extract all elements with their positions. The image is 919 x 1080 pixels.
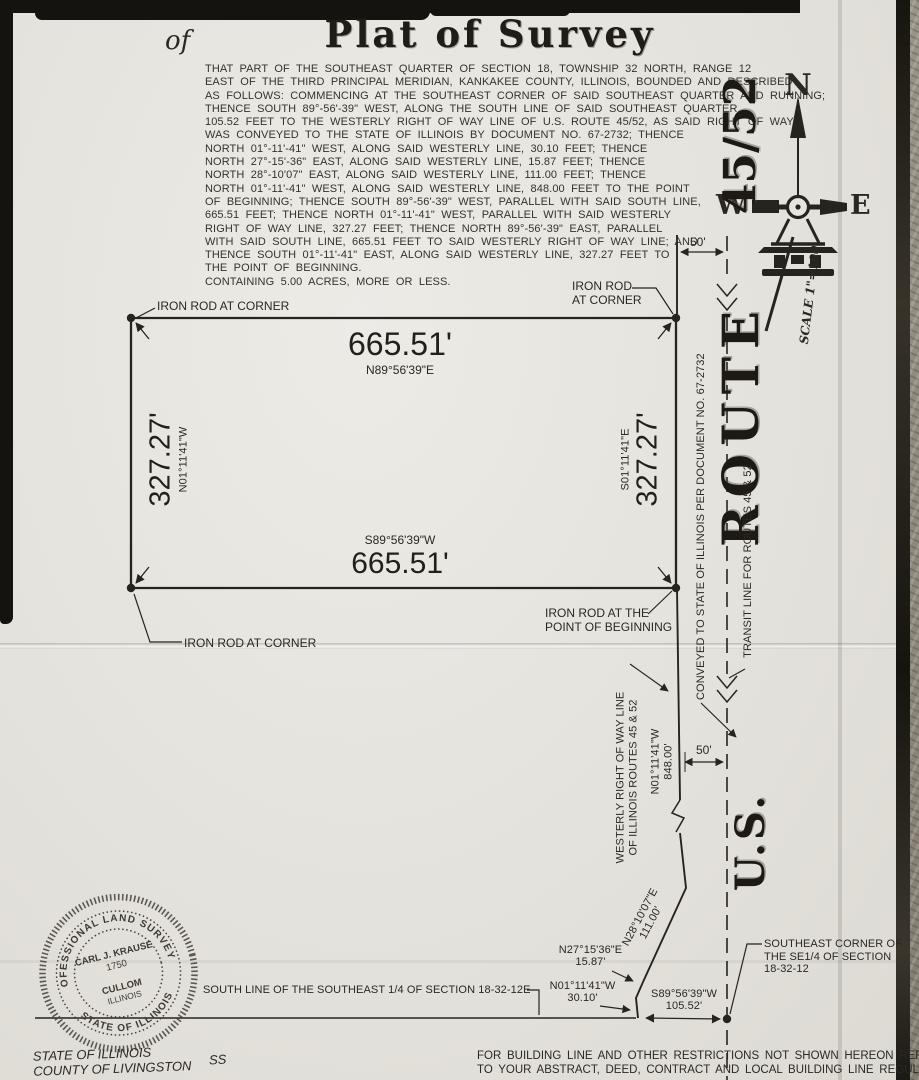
iron-rod-marker-tr bbox=[672, 314, 680, 322]
compass-east-label: E bbox=[850, 190, 871, 221]
row-label-line1: WESTERLY RIGHT OF WAY LINE bbox=[615, 663, 628, 893]
parcel-bottom-distance: 665.51' bbox=[250, 547, 550, 581]
parcel-left-dimension: 327.27' N01°11'41"W bbox=[145, 350, 190, 570]
southeast-corner-marker bbox=[723, 1015, 731, 1023]
parcel-bottom-bearing: S89°56'39"W bbox=[300, 533, 500, 547]
route-word-vertical: ROUTE bbox=[711, 275, 771, 575]
south-line-label: SOUTH LINE OF THE SOUTHEAST 1/4 OF SECTI… bbox=[203, 984, 531, 996]
row-848-bearing: N01°11'41"W bbox=[650, 722, 663, 802]
jurisdiction-block: STATE OF ILLINOIS COUNTY OF LIVINGSTON bbox=[33, 1043, 192, 1079]
iron-rod-note-tr-line1: IRON ROD bbox=[572, 279, 642, 293]
distance-30-10: 30.10' bbox=[540, 992, 625, 1004]
se-corner-line2: THE SE1/4 OF SECTION bbox=[764, 951, 902, 964]
row-848-distance: 848.00' bbox=[662, 722, 675, 802]
row-label-line2: OF ILLINOIS ROUTES 45 & 52 bbox=[627, 663, 640, 893]
us-label-vertical: U.S. bbox=[727, 762, 787, 922]
bearing-s89-callout: S89°56'39"W 105.52' bbox=[638, 988, 730, 1012]
leader-conveyed bbox=[701, 703, 736, 737]
iron-rod-note-bl: IRON ROD AT CORNER bbox=[184, 636, 316, 650]
bearing-n01: N01°11'41"W bbox=[540, 980, 625, 992]
dim-105-line bbox=[646, 1018, 720, 1019]
parcel-top-bearing: N89°56'39"E bbox=[300, 363, 500, 377]
iron-rod-note-tr: IRON ROD AT CORNER bbox=[572, 279, 642, 307]
se-corner-note: SOUTHEAST CORNER OF THE SE1/4 OF SECTION… bbox=[764, 938, 902, 976]
parcel-right-distance: 327.27' bbox=[632, 350, 665, 570]
row-line-break-symbol bbox=[672, 800, 684, 832]
leader-tl bbox=[136, 308, 155, 318]
parcel-top-distance: 665.51' bbox=[250, 326, 550, 363]
distance-105-52: 105.52' bbox=[638, 1000, 730, 1012]
dim-50-bottom-label: 50' bbox=[696, 743, 712, 757]
plat-of-survey-document: of Plat of Survey THAT PART OF THE SOUTH… bbox=[0, 0, 919, 1080]
parcel-left-distance: 327.27' bbox=[145, 350, 178, 570]
dim-50-top-label: 50' bbox=[690, 235, 706, 249]
row-label-vertical: WESTERLY RIGHT OF WAY LINE OF ILLINOIS R… bbox=[615, 663, 640, 893]
title-prefix: of bbox=[165, 26, 190, 56]
transit-line-label-vertical: TRANSIT LINE FOR ROUTES 45 & 52 bbox=[742, 456, 754, 666]
compass-north-label: N bbox=[782, 68, 814, 103]
leader-bl bbox=[134, 594, 182, 642]
legal-line: THE POINT OF BEGINNING. bbox=[205, 262, 825, 275]
notice-line2: TO YOUR ABSTRACT, DEED, CONTRACT AND LOC… bbox=[477, 1063, 919, 1077]
legal-line: THENCE SOUTH 01°-11'-41" EAST, ALONG SAI… bbox=[205, 249, 825, 262]
se-corner-line3: 18-32-12 bbox=[764, 963, 902, 976]
page-title: Plat of Survey bbox=[280, 12, 700, 56]
footer-ss: SS bbox=[209, 1052, 227, 1068]
iron-rod-marker-br bbox=[672, 584, 680, 592]
conveyed-note-vertical: CONVEYED TO STATE OF ILLINOIS PER DOCUME… bbox=[695, 380, 707, 700]
route-number-vertical: 45/52 bbox=[715, 45, 775, 245]
iron-rod-note-br: IRON ROD AT THE POINT OF BEGINNING bbox=[545, 606, 672, 634]
iron-rod-marker-tl bbox=[127, 314, 135, 322]
building-line-notice: FOR BUILDING LINE AND OTHER RESTRICTIONS… bbox=[477, 1049, 919, 1077]
dim-arrow-tl bbox=[136, 323, 149, 339]
parcel-left-bearing: N01°11'41"W bbox=[178, 350, 190, 570]
dim-arrow-tr bbox=[658, 323, 671, 339]
leader-se-corner bbox=[730, 944, 762, 1014]
seal-outer-ring bbox=[26, 881, 210, 1065]
leader-b2 bbox=[600, 1006, 630, 1010]
bearing-s89: S89°56'39"W bbox=[638, 988, 730, 1000]
iron-rod-note-tl: IRON ROD AT CORNER bbox=[157, 299, 289, 313]
iron-rod-note-br-line1: IRON ROD AT THE bbox=[545, 606, 672, 620]
iron-rod-marker-bl bbox=[127, 584, 135, 592]
parcel-right-dimension: S01°11'41"E 327.27' bbox=[620, 350, 665, 570]
iron-rod-note-br-line2: POINT OF BEGINNING bbox=[545, 620, 672, 634]
bearing-n01-callout: N01°11'41"W 30.10' bbox=[540, 980, 625, 1004]
notice-line1: FOR BUILDING LINE AND OTHER RESTRICTIONS… bbox=[477, 1049, 919, 1063]
iron-rod-note-tr-line2: AT CORNER bbox=[572, 293, 642, 307]
transit-break-bottom bbox=[717, 676, 737, 702]
parcel-right-bearing: S01°11'41"E bbox=[620, 350, 632, 570]
row-848-dimension: N01°11'41"W 848.00' bbox=[650, 722, 675, 802]
se-corner-line1: SOUTHEAST CORNER OF bbox=[764, 938, 902, 951]
